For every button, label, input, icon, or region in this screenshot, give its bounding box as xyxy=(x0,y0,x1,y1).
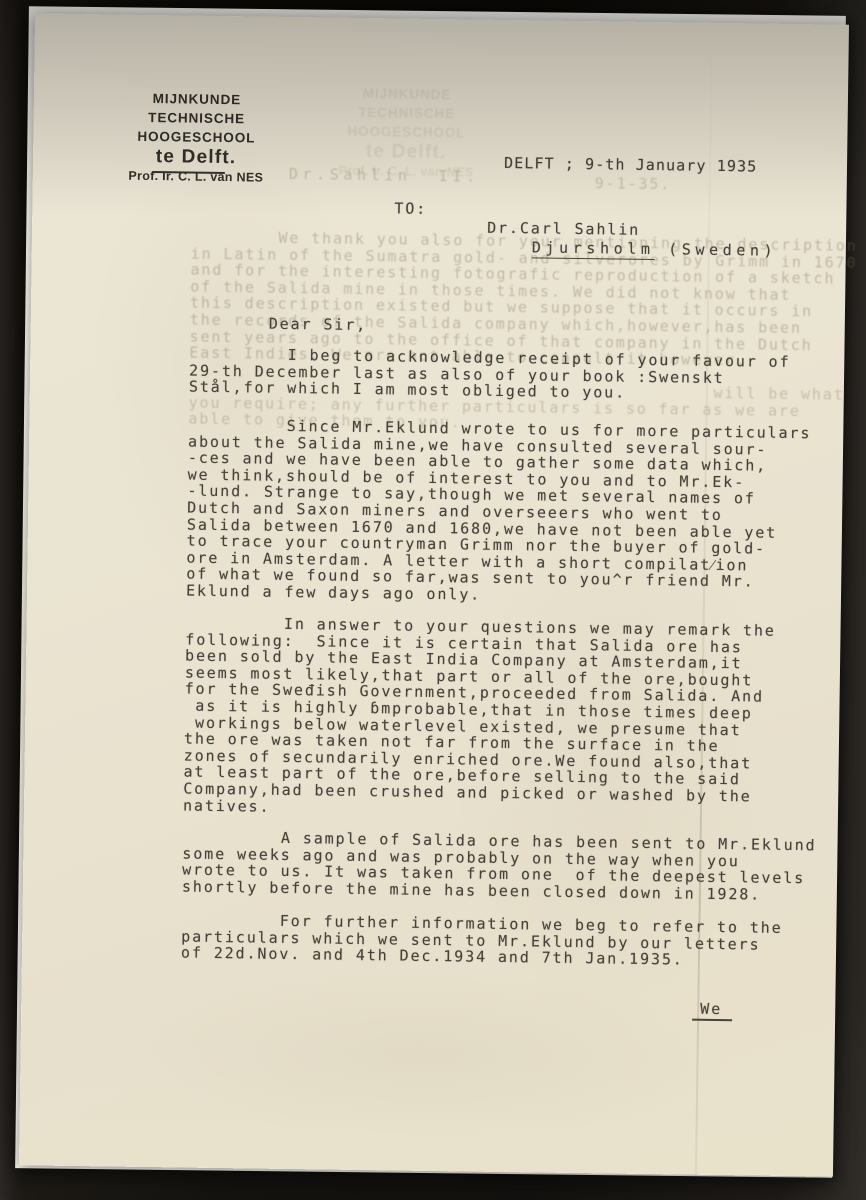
recipient-city: Djursholm xyxy=(532,238,655,260)
letterhead-city-line: te Delft. xyxy=(91,145,301,169)
catchword: We xyxy=(700,1001,722,1018)
letter-page: MIJNKUNDE TECHNISCHE HOOGESCHOOL te Delf… xyxy=(19,13,849,1176)
paragraph-3: In answer to your questions we may remar… xyxy=(183,615,776,822)
under-sheet-edge xyxy=(15,6,846,1178)
bleedthrough-letterhead-line1: MIJNKUNDE xyxy=(302,83,512,105)
recipient-country: (Sweden) xyxy=(668,240,777,260)
letterhead: MIJNKUNDE TECHNISCHE HOOGESCHOOL te Delf… xyxy=(91,88,302,188)
paragraph-5: For further information we beg to refer … xyxy=(181,912,783,970)
dateline: DELFT ; 9-th January 1935 xyxy=(504,155,757,175)
bleedthrough-paragraph-1: We thank you also for your mentioning th… xyxy=(189,229,858,371)
salutation: Dear Sir, xyxy=(269,316,368,334)
paragraph-2: Since Mr.Eklund wrote to us for more par… xyxy=(186,417,812,608)
recipient-address-line: Djursholm (Sweden) xyxy=(532,239,778,259)
letterhead-institute-line2: TECHNISCHE HOOGESCHOOL xyxy=(91,107,302,148)
bleedthrough-doc-ref: Dr.Sahlin II. xyxy=(289,166,480,185)
paragraph-4: A sample of Salida ore has been sent to … xyxy=(182,829,817,904)
bleedthrough-letterhead-line2: TECHNISCHE HOOGESCHOOL xyxy=(301,102,512,143)
photo-background: MIJNKUNDE TECHNISCHE HOOGESCHOOL te Delf… xyxy=(0,0,866,1200)
bleedthrough-letterhead: MIJNKUNDE TECHNISCHE HOOGESCHOOL te Delf… xyxy=(301,83,512,183)
letterhead-institute-line1: MIJNKUNDE xyxy=(92,88,302,110)
catchword-underline xyxy=(692,1019,732,1021)
to-label: TO: xyxy=(394,200,427,217)
bleedthrough-letterhead-line3: te Delft. xyxy=(301,140,511,164)
fold-crease xyxy=(695,23,713,1175)
letterhead-professor-line: Prof. Ir. C. L. van NES xyxy=(91,166,301,188)
bleedthrough-date: 9-1-35. xyxy=(595,175,672,193)
bleedthrough-paragraph-2: will be what you require; any further pa… xyxy=(188,378,844,437)
paragraph-1: I beg to acknowledge receipt of your fav… xyxy=(189,346,791,404)
recipient-name: Dr.Carl Sahlin xyxy=(487,220,640,239)
letterhead-underline xyxy=(153,171,225,174)
bleedthrough-letterhead-line4: Prof. Ir. C. L. van NES xyxy=(301,161,511,183)
